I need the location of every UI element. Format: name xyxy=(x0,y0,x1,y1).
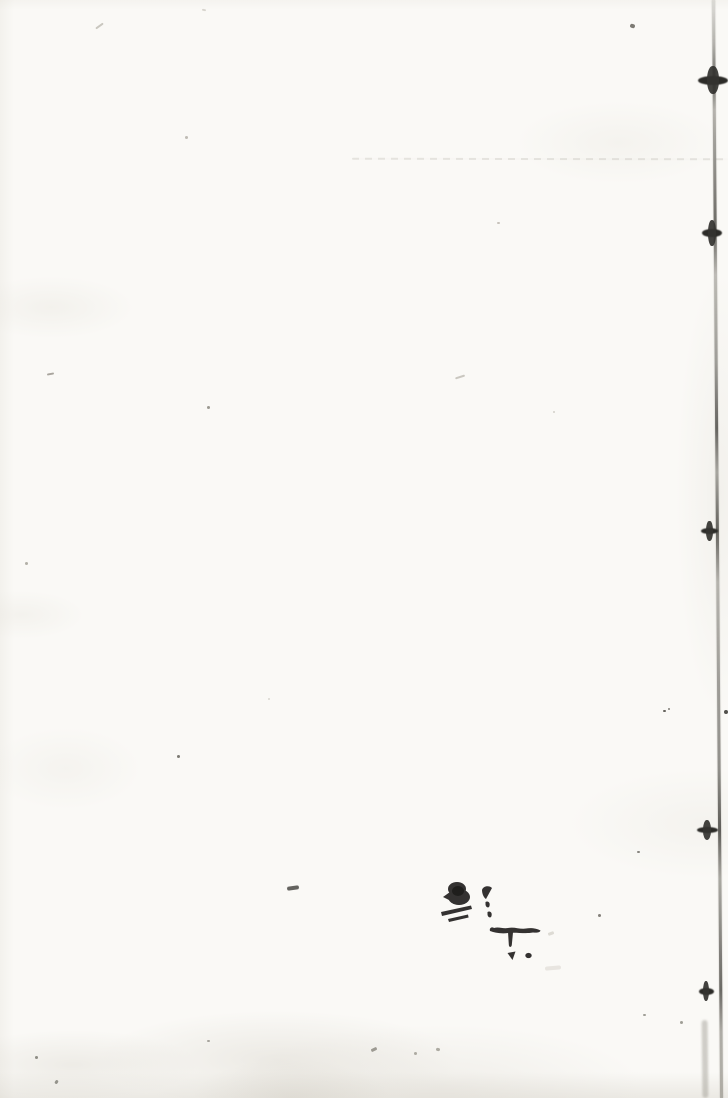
paper-speck xyxy=(643,1014,646,1016)
ink-comma-dot-upper xyxy=(486,901,490,907)
knot-vertical-lobe xyxy=(707,66,718,94)
paper-speck xyxy=(35,1056,38,1059)
ink-t-stroke-descender xyxy=(508,932,513,947)
paper-speck xyxy=(185,136,188,139)
ink-comma-dot-lower xyxy=(488,911,492,917)
paper-speck xyxy=(724,710,728,714)
paper-speck xyxy=(668,708,670,710)
crease-line xyxy=(352,158,728,161)
paper-speck xyxy=(680,1021,683,1024)
ink-bird-core xyxy=(452,886,464,896)
paper-speck xyxy=(545,965,561,970)
paper-speck xyxy=(497,222,500,224)
binding-thread-streak xyxy=(702,1020,709,1098)
paper-speck xyxy=(371,1047,378,1052)
ink-t-stroke-horizontal xyxy=(490,927,541,933)
paper-speck xyxy=(202,9,206,12)
knot-vertical-lobe xyxy=(706,521,712,540)
paper-speck xyxy=(207,1040,210,1042)
paper-speck xyxy=(268,698,270,700)
thread-knot xyxy=(699,983,714,999)
paper-speck xyxy=(598,914,601,917)
ink-blot-bird xyxy=(441,882,472,922)
ink-dash-mark xyxy=(287,885,299,891)
knot-vertical-lobe xyxy=(708,220,716,246)
binding-thread xyxy=(712,0,723,1098)
paper-speck xyxy=(177,755,180,758)
paper-speck xyxy=(629,23,635,28)
thread-knot xyxy=(697,823,718,838)
paper-speck xyxy=(95,23,104,30)
ink-blot-cluster xyxy=(435,878,545,968)
paper-speck xyxy=(637,851,640,853)
thread-knot xyxy=(701,524,718,539)
ink-triangle-flick xyxy=(482,886,492,899)
paper-speck xyxy=(553,411,555,413)
paper-speck xyxy=(548,931,555,936)
paper-speck xyxy=(47,372,54,375)
ink-bird-foot-stroke-2 xyxy=(448,915,469,923)
ink-round-dot xyxy=(525,953,531,958)
paper-speck xyxy=(25,562,28,565)
ink-triangle-speck xyxy=(508,952,516,961)
ink-bird-foot-stroke-1 xyxy=(441,906,472,917)
paper-speck xyxy=(54,1080,59,1085)
paper-speck xyxy=(414,1052,417,1055)
thread-knot xyxy=(702,223,722,243)
knot-vertical-lobe xyxy=(703,820,711,839)
paper-speck xyxy=(455,374,465,379)
ink-bird-beak xyxy=(443,892,451,901)
paper-speck xyxy=(436,1048,441,1052)
thread-knot xyxy=(698,69,728,91)
paper-speck xyxy=(207,406,210,409)
scanned-page xyxy=(0,0,728,1098)
paper-speck xyxy=(663,710,666,712)
knot-vertical-lobe xyxy=(703,981,709,1001)
